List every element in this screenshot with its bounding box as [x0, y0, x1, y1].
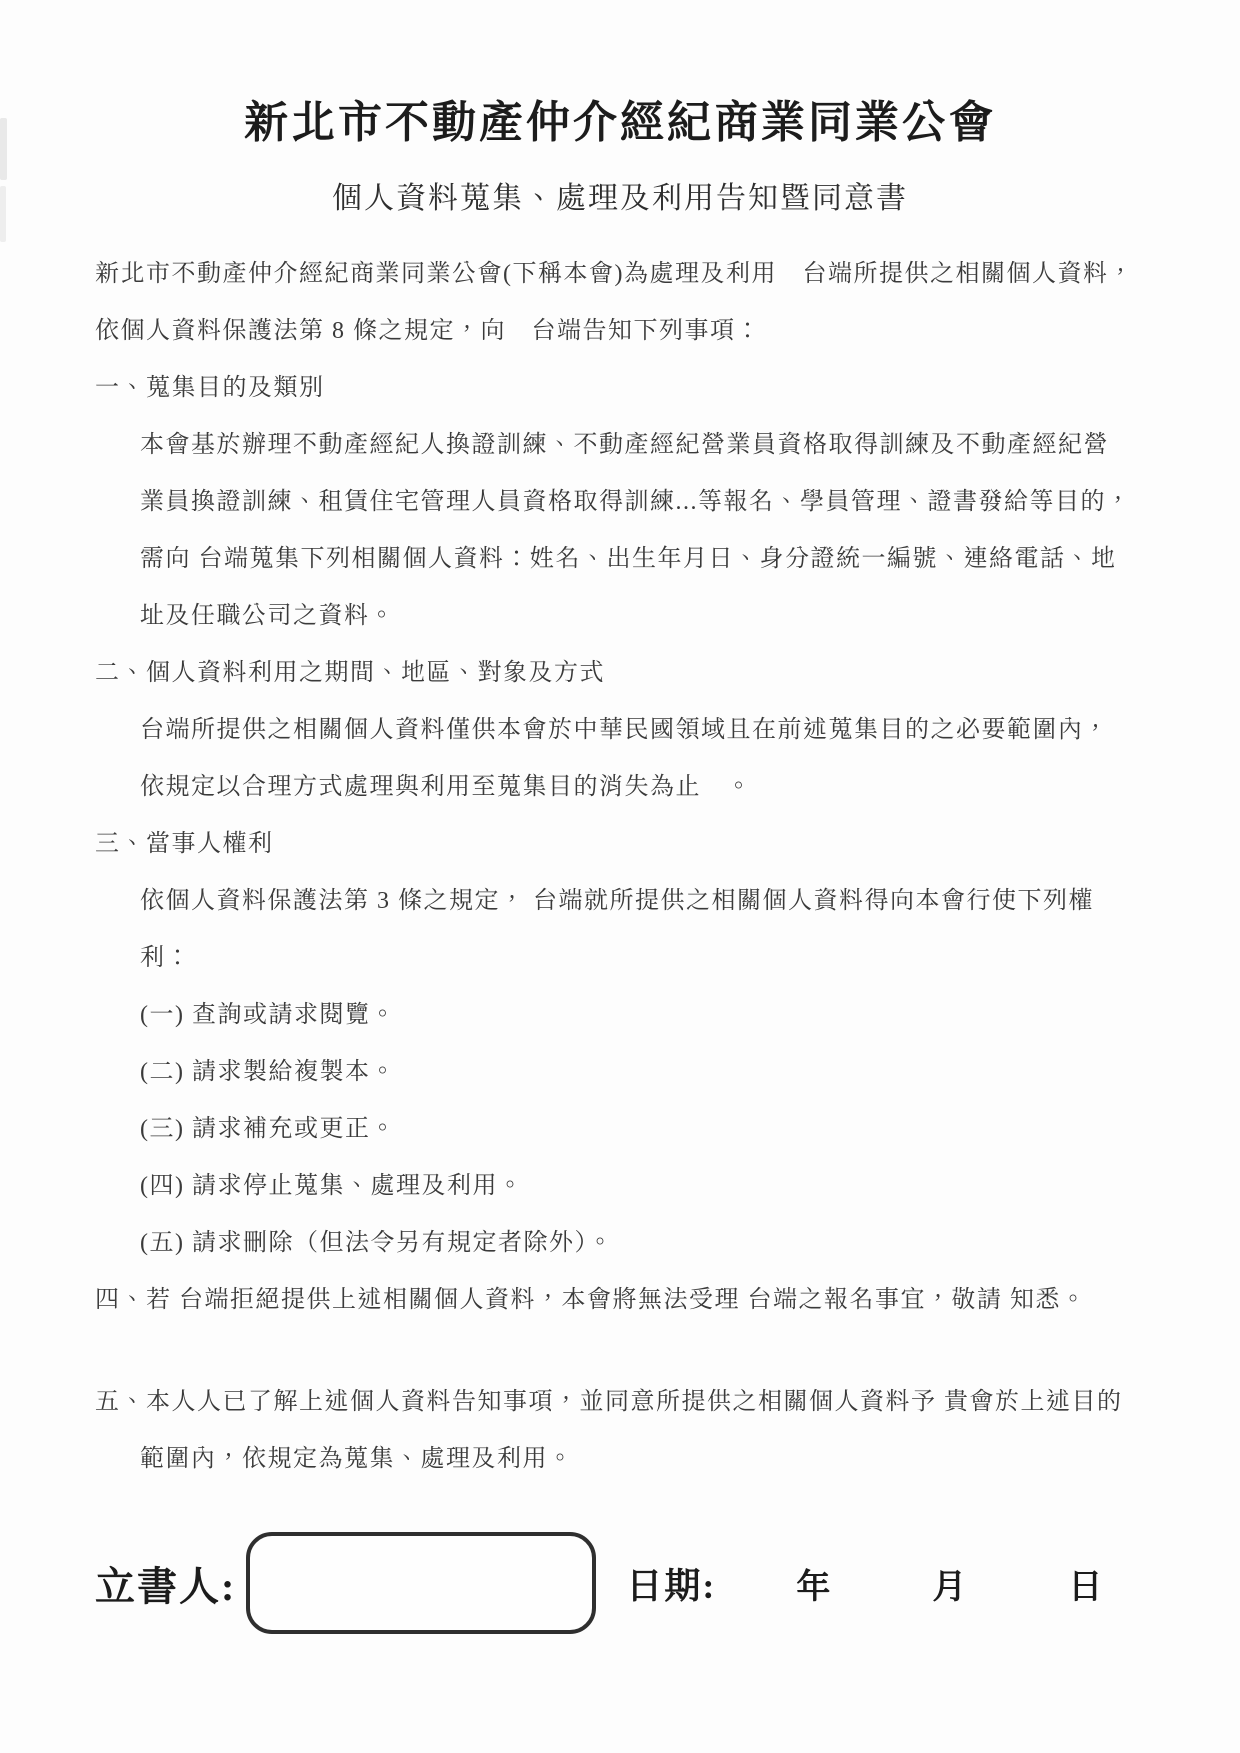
intro-line: 依個人資料保護法第 8 條之規定，向 台端告知下列事項：	[95, 303, 1180, 360]
signer-label: 立書人:	[95, 1555, 236, 1612]
signature-row: 立書人: 日期: 年 月 日	[95, 1532, 1240, 1634]
section-5-line: 範圍內，依規定為蒐集、處理及利用。	[95, 1431, 1180, 1488]
section-2-heading: 二、個人資料利用之期間、地區、對象及方式	[95, 645, 1180, 702]
section-4-text: 四、若 台端拒絕提供上述相關個人資料，本會將無法受理 台端之報名事宜，敬請 知悉…	[95, 1272, 1180, 1329]
rights-item: (四) 請求停止蒐集、處理及利用。	[95, 1158, 1180, 1215]
section-1-line: 業員換證訓練、租賃住宅管理人員資格取得訓練...等報名、學員管理、證書發給等目的…	[95, 474, 1180, 531]
year-label: 年	[796, 1559, 832, 1608]
date-label: 日期:	[626, 1558, 716, 1609]
signature-field-box	[246, 1532, 596, 1634]
rights-item: (二) 請求製給複製本。	[95, 1044, 1180, 1101]
scan-artifact	[0, 186, 6, 242]
section-5-line: 五、本人人已了解上述個人資料告知事項，並同意所提供之相關個人資料予 貴會於上述目…	[95, 1374, 1180, 1431]
section-1-line: 址及任職公司之資料。	[95, 588, 1180, 645]
section-1-line: 本會基於辦理不動產經紀人換證訓練、不動產經紀營業員資格取得訓練及不動產經紀營	[95, 417, 1180, 474]
section-3-line: 利：	[95, 930, 1180, 987]
document-body: 新北市不動產仲介經紀商業同業公會(下稱本會)為處理及利用 台端所提供之相關個人資…	[95, 246, 1180, 1488]
rights-item: (三) 請求補充或更正。	[95, 1101, 1180, 1158]
section-1-line: 需向 台端蒐集下列相關個人資料：姓名、出生年月日、身分證統一編號、連絡電話、地	[95, 531, 1180, 588]
section-1-heading: 一、蒐集目的及類別	[95, 360, 1180, 417]
section-3-heading: 三、當事人權利	[95, 816, 1180, 873]
section-2-line: 依規定以合理方式處理與利用至蒐集目的消失為止 。	[95, 759, 1180, 816]
month-label: 月	[932, 1559, 968, 1608]
rights-item: (五) 請求刪除（但法令另有規定者除外）。	[95, 1215, 1180, 1272]
intro-line: 新北市不動產仲介經紀商業同業公會(下稱本會)為處理及利用 台端所提供之相關個人資…	[95, 246, 1180, 303]
page-subtitle: 個人資料蒐集、處理及利用告知暨同意書	[0, 178, 1240, 220]
day-label: 日	[1068, 1559, 1104, 1608]
page-title: 新北市不動產仲介經紀商業同業公會	[0, 0, 1240, 150]
scan-artifact	[0, 118, 7, 180]
rights-item: (一) 查詢或請求閱覽。	[95, 987, 1180, 1044]
scanned-consent-form-page: 新北市不動產仲介經紀商業同業公會 個人資料蒐集、處理及利用告知暨同意書 新北市不…	[0, 0, 1240, 1753]
section-2-line: 台端所提供之相關個人資料僅供本會於中華民國領域且在前述蒐集目的之必要範圍內，	[95, 702, 1180, 759]
section-3-line: 依個人資料保護法第 3 條之規定， 台端就所提供之相關個人資料得向本會行使下列權	[95, 873, 1180, 930]
